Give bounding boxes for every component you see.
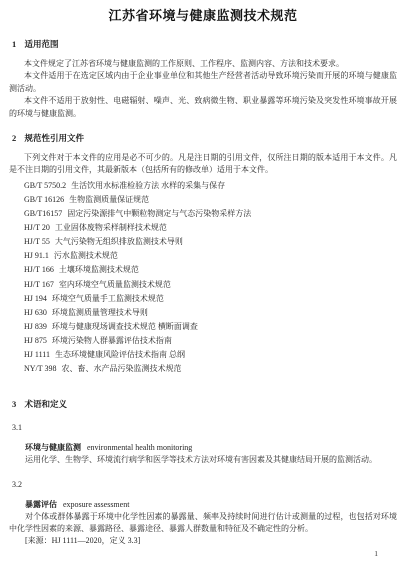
reference-item: HJ 630环境监测质量管理技术导则	[24, 306, 397, 320]
section-1-paragraph: 本文件适用于在选定区域内由于企业事业单位和其他生产经营者活动导致环境污染而开展的…	[9, 70, 397, 95]
reference-name: 工业固体废物采样制样技术规范	[55, 223, 167, 232]
term-3-1-number: 3.1	[12, 422, 397, 434]
term-3-2-chinese: 暴露评估	[25, 500, 57, 509]
term-3-2-number: 3.2	[12, 479, 397, 491]
section-2-heading: 2规范性引用文件	[12, 132, 397, 144]
reference-item: NY/T 398农、畜、水产品污染监测技术规范	[24, 362, 397, 376]
reference-code: HJ/T 166	[24, 265, 54, 274]
reference-code: HJ/T 55	[24, 237, 50, 246]
reference-name: 大气污染物无组织排放监测技术导则	[55, 237, 183, 246]
reference-item: HJ 91.1污水监测技术规范	[24, 249, 397, 263]
reference-item: HJ/T 167室内环境空气质量监测技术规范	[24, 278, 397, 292]
reference-item: HJ/T 20工业固体废物采样制样技术规范	[24, 221, 397, 235]
term-3-2-line: 暴露评估exposure assessment	[25, 499, 397, 511]
reference-code: HJ 630	[24, 308, 47, 317]
reference-item: HJ 194环境空气质量手工监测技术规范	[24, 292, 397, 306]
reference-code: HJ/T 167	[24, 280, 54, 289]
reference-code: HJ 91.1	[24, 251, 49, 260]
reference-name: 固定污染源排气中颗粒物测定与气态污染物采样方法	[67, 209, 251, 218]
reference-code: GB/T 16126	[24, 195, 64, 204]
section-1-paragraph: 本文件不适用于放射性、电磁辐射、噪声、光、致病微生物、职业暴露等环境污染及突发性…	[9, 95, 397, 120]
section-2-title: 规范性引用文件	[25, 133, 85, 143]
reference-name: 生活饮用水标准检验方法 水样的采集与保存	[71, 181, 225, 190]
reference-name: 生物监测质量保证规范	[69, 195, 149, 204]
page-number: 1	[374, 549, 378, 558]
document-page: 江苏省环境与健康监测技术规范 1适用范围 本文件规定了江苏省环境与健康监测的工作…	[0, 0, 404, 579]
reference-item: HJ 839环境与健康现场调查技术规范 横断面调查	[24, 320, 397, 334]
reference-item: GB/T16157固定污染源排气中颗粒物测定与气态污染物采样方法	[24, 207, 397, 221]
reference-code: HJ 194	[24, 294, 47, 303]
term-3-2-english: exposure assessment	[63, 500, 129, 509]
reference-code: HJ/T 20	[24, 223, 50, 232]
section-1-number: 1	[12, 38, 25, 50]
reference-name: 环境污染物人群暴露评估技术指南	[52, 336, 172, 345]
reference-item: GB/T 5750.2生活饮用水标准检验方法 水样的采集与保存	[24, 179, 397, 193]
reference-list: GB/T 5750.2生活饮用水标准检验方法 水样的采集与保存 GB/T 161…	[9, 179, 397, 376]
reference-item: HJ 875环境污染物人群暴露评估技术指南	[24, 334, 397, 348]
reference-name: 农、畜、水产品污染监测技术规范	[62, 364, 182, 373]
reference-code: HJ 875	[24, 336, 47, 345]
term-3-1-chinese: 环境与健康监测	[25, 443, 81, 452]
reference-code: NY/T 398	[24, 364, 57, 373]
section-3-number: 3	[12, 398, 25, 410]
reference-item: HJ/T 166土壤环境监测技术规范	[24, 263, 397, 277]
section-3-heading: 3术语和定义	[12, 398, 397, 410]
reference-code: HJ 1111	[24, 350, 50, 359]
reference-name: 生态环境健康风险评估技术指南 总纲	[55, 350, 185, 359]
reference-code: GB/T 5750.2	[24, 181, 66, 190]
term-3-1-definition: 运用化学、生物学、环境流行病学和医学等技术方法对环境有害因素及其健康结局开展的监…	[9, 454, 397, 466]
section-1-heading: 1适用范围	[12, 38, 397, 50]
reference-item: GB/T 16126生物监测质量保证规范	[24, 193, 397, 207]
reference-name: 环境与健康现场调查技术规范 横断面调查	[52, 322, 198, 331]
section-1-title: 适用范围	[25, 39, 59, 49]
section-2-intro: 下列文件对于本文件的应用是必不可少的。凡是注日期的引用文件，仅所注日期的版本适用…	[9, 152, 397, 177]
reference-name: 污水监测技术规范	[54, 251, 118, 260]
reference-code: GB/T16157	[24, 209, 62, 218]
reference-code: HJ 839	[24, 322, 47, 331]
term-3-2-definition: 对个体或群体暴露于环境中化学性因素的暴露量、频率及持续时间进行估计或测量的过程，…	[9, 511, 397, 536]
section-2-number: 2	[12, 132, 25, 144]
reference-name: 室内环境空气质量监测技术规范	[59, 280, 171, 289]
reference-item: HJ/T 55大气污染物无组织排放监测技术导则	[24, 235, 397, 249]
term-3-1-line: 环境与健康监测environmental health monitoring	[25, 442, 397, 454]
reference-name: 土壤环境监测技术规范	[59, 265, 139, 274]
section-1-paragraph: 本文件规定了江苏省环境与健康监测的工作原则、工作程序、监测内容、方法和技术要求。	[9, 58, 397, 70]
reference-name: 环境监测质量管理技术导则	[52, 308, 148, 317]
section-3-title: 术语和定义	[25, 399, 68, 409]
document-title: 江苏省环境与健康监测技术规范	[9, 8, 397, 23]
reference-item: HJ 1111生态环境健康风险评估技术指南 总纲	[24, 348, 397, 362]
term-3-1-english: environmental health monitoring	[87, 443, 192, 452]
term-3-2-source: [来源：HJ 1111—2020，定义 3.3]	[25, 535, 397, 547]
reference-name: 环境空气质量手工监测技术规范	[52, 294, 164, 303]
